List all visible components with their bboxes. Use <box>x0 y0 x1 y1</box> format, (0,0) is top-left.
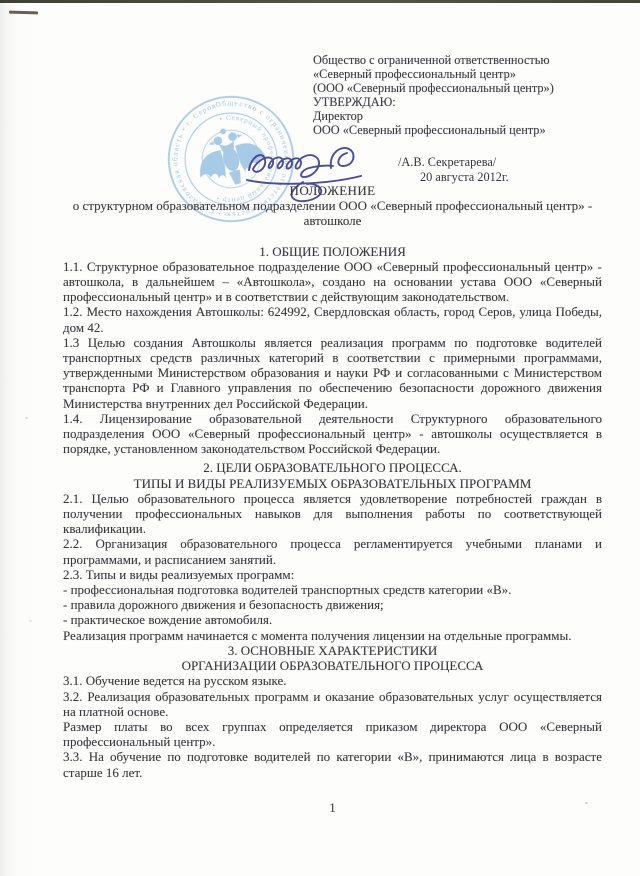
paragraph-3-3: 3.3. На обучение по подготовке водителей… <box>63 749 602 779</box>
approve-label: УТВЕРЖДАЮ: <box>313 95 554 109</box>
signature-name: /А.В. Секретарева/ <box>398 155 496 170</box>
document-body: ПОЛОЖЕНИЕ о структурном образовательном … <box>63 183 602 815</box>
paragraph-2-2: 2.2. Организация образовательного процес… <box>63 536 602 566</box>
scan-mark-artifact <box>9 11 38 15</box>
section-education-goals: 2. ЦЕЛИ ОБРАЗОВАТЕЛЬНОГО ПРОЦЕССА. ТИПЫ … <box>63 460 602 642</box>
list-item-traffic-rules: - правила дорожного движения и безопасно… <box>63 597 602 612</box>
section-heading: ТИПЫ И ВИДЫ РЕАЛИЗУЕМЫХ ОБРАЗОВАТЕЛЬНЫХ … <box>63 476 602 491</box>
director-company-line: ООО «Северный профессиональный центр» <box>313 123 554 137</box>
company-fullname-line: Общество с ограниченной ответственностью <box>313 53 554 67</box>
company-shortname-line: (ООО «Северный профессиональный центр») <box>313 81 554 95</box>
list-item-practical-driving: - практическое вождение автомобиля. <box>63 612 602 627</box>
scan-edge-artifact <box>0 0 640 3</box>
document-subtitle: о структурном образовательном подразделе… <box>63 198 602 228</box>
section-heading: 3. ОСНОВНЫЕ ХАРАКТЕРИСТИКИ <box>63 643 602 658</box>
section-heading: 2. ЦЕЛИ ОБРАЗОВАТЕЛЬНОГО ПРОЦЕССА. <box>63 460 602 475</box>
document-page: Общество с ограниченной ответственностью… <box>0 0 640 876</box>
approval-header: Общество с ограниченной ответственностью… <box>313 53 554 137</box>
paragraph-3-1: 3.1. Обучение ведется на русском языке. <box>63 673 602 688</box>
section-heading: ОРГАНИЗАЦИИ ОБРАЗОВАТЕЛЬНОГО ПРОЦЕССА <box>63 658 602 673</box>
paragraph-1-2: 1.2. Место нахождения Автошколы: 624992,… <box>63 304 602 334</box>
page-number: 1 <box>63 800 602 815</box>
paragraph-2-1: 2.1. Целью образовательного процесса явл… <box>63 491 602 537</box>
director-label: Директор <box>313 109 554 123</box>
document-title: ПОЛОЖЕНИЕ <box>63 183 602 198</box>
list-item-program-b: - профессиональная подготовка водителей … <box>63 582 602 597</box>
section-general-provisions: 1. ОБЩИЕ ПОЛОЖЕНИЯ 1.1. Структурное обра… <box>63 244 602 457</box>
paragraph-1-3: 1.3 Целью создания Автошколы является ре… <box>63 335 602 411</box>
paragraph-1-4: 1.4. Лицензирование образовательной деят… <box>63 411 602 457</box>
section-heading: 1. ОБЩИЕ ПОЛОЖЕНИЯ <box>63 244 602 259</box>
section-main-characteristics: 3. ОСНОВНЫЕ ХАРАКТЕРИСТИКИ ОРГАНИЗАЦИИ О… <box>63 643 602 780</box>
paragraph-3-2: 3.2. Реализация образовательных программ… <box>63 689 602 719</box>
paragraph-1-1: 1.1. Структурное образовательное подразд… <box>63 259 602 305</box>
paragraph-payment: Размер платы во всех группах определяетс… <box>63 719 602 749</box>
paragraph-license-note: Реализация программ начинается с момента… <box>63 628 602 643</box>
company-name-line: «Северный профессиональный центр» <box>313 67 554 81</box>
paragraph-2-3: 2.3. Типы и виды реализуемых программ: <box>63 567 602 582</box>
